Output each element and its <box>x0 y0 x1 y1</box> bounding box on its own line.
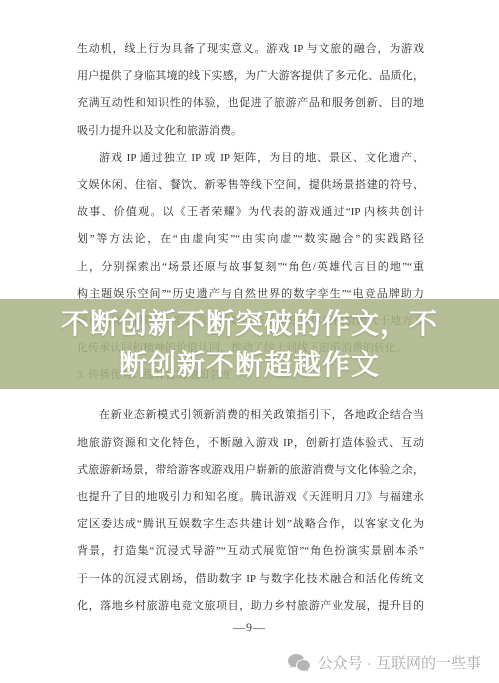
document-line: 也提升了目的地吸引力和知名度。腾讯游戏《天涯明月刀》与福建永 <box>77 484 424 511</box>
document-line: 化，落地乡村旅游电竞文旅项目，助力乡村旅游产业发展，提升目的 <box>77 593 424 620</box>
banner-title-line2: 断创新不断超越作文 <box>119 344 380 385</box>
document-line: 于一体的沉浸式剧场，借助数字 IP 与数字化技术融合和活化传统文 <box>77 566 424 593</box>
document-line: 吸引力提升以及文化和旅游消费。 <box>77 118 424 145</box>
document-line: 划”等方法论，在“由虚向实”“由实向虚”“数实融合”的实践路径 <box>77 226 424 253</box>
document-line: 故事、价值观。以《王者荣耀》为代表的游戏通过“IP 内核共创计 <box>77 199 424 226</box>
title-banner: 不断创新不断突破的作文，不 断创新不断超越作文 <box>0 299 499 389</box>
wechat-icon <box>287 653 311 673</box>
document-line: 文娱休闲、住宿、餐饮、新零售等线下空间，提供场景搭建的符号、 <box>77 172 424 199</box>
document-line: 地旅游资源和文化特色，不断融入游戏 IP，创新打造体验式、互动 <box>77 430 424 457</box>
document-line: 在新业态新模式引领新消费的相关政策指引下，各地政企结合当 <box>77 402 424 429</box>
document-line: 用户提供了身临其境的线下实感，为广大游客提供了多元化、品质化， <box>77 63 424 90</box>
document-line: 式旅游新场景，带给游客或游戏用户崭新的旅游消费与文化体验之余， <box>77 457 424 484</box>
document-page: 生动机，线上行为具备了现实意义。游戏 IP 与文旅的融合，为游戏用户提供了身临其… <box>0 0 499 683</box>
document-line: 上，分别探索出“场景还原与故事复刻”“角色/英雄代言目的地”“重 <box>77 254 424 281</box>
document-line: 生动机，线上行为具备了现实意义。游戏 IP 与文旅的融合，为游戏 <box>77 36 424 63</box>
watermark-footer: 公众号 · 互联网的一些事 <box>287 652 481 673</box>
document-line: 充满互动性和知识性的体验，也促进了旅游产品和服务创新、目的地 <box>77 90 424 117</box>
banner-title-line1: 不断创新不断突破的作文，不 <box>61 303 438 344</box>
document-line: 游戏 IP 通过独立 IP 或 IP 矩阵，为目的地、景区、文化遗产、 <box>77 145 424 172</box>
page-number: —9— <box>0 620 499 635</box>
watermark-label: 公众号 · 互联网的一些事 <box>318 652 481 673</box>
document-line: 背景，打造集“沉浸式导游”“互动式展览馆”“角色扮演实景剧本杀” <box>77 538 424 565</box>
document-line: 定区委达成“腾讯互娱数字生态共建计划”战略合作，以客家文化为 <box>77 511 424 538</box>
